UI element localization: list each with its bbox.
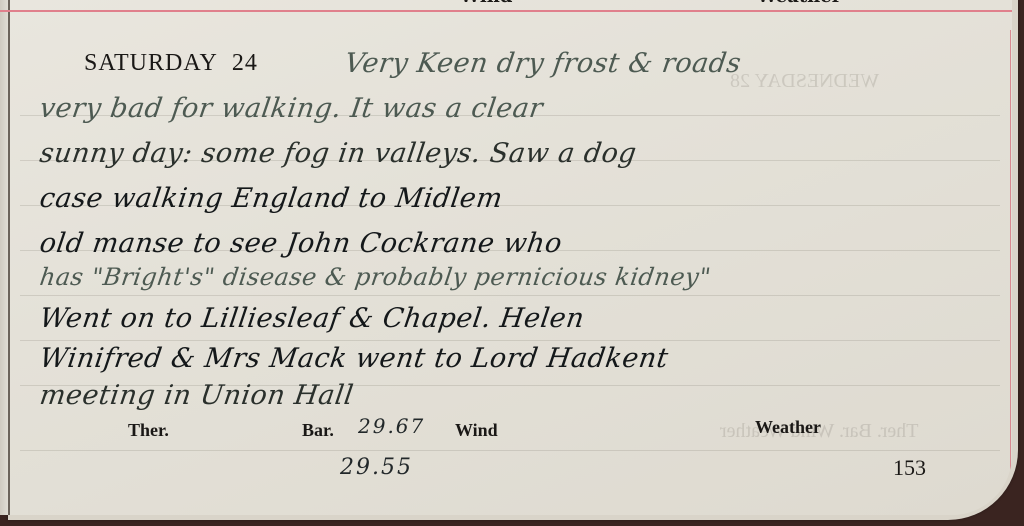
entry-line-4: case walking England to Midlem [38,183,505,214]
entry-line-3: sunny day: some fog in valleys. Saw a do… [38,138,639,169]
bar-label: Bar. [302,420,334,441]
bar-value-second: 29.55 [340,455,413,480]
bar-value: 29.67 [358,414,425,438]
weather-label: Weather [755,417,821,438]
entry-line-8: Winifred & Mrs Mack went to Lord Hadkent [38,343,671,374]
day-name: SATURDAY [84,50,217,76]
bleed-through-text: WEDNESDAY 28 [730,70,879,93]
page-number: 153 [893,455,926,481]
entry-line-1: Very Keen dry frost & roads [343,48,743,79]
day-date: 24 [232,50,258,76]
spine-line [8,0,10,515]
ther-label: Ther. [128,420,169,441]
top-cut-wind-label: Wind [460,0,512,7]
ruled-line [20,340,1000,341]
top-red-rule [0,10,1012,12]
ruled-line [20,450,1000,451]
entry-line-9: meeting in Union Hall [38,380,356,411]
diary-page: Wind Weather WEDNESDAY 28 Ther. Bar. Win… [0,0,1012,515]
entry-line-7: Went on to Lilliesleaf & Chapel. Helen [38,303,587,334]
ruled-line [20,295,1000,296]
entry-line-5: old manse to see John Cockrane who [38,228,564,259]
wind-label: Wind [455,420,498,441]
entry-line-2: very bad for walking. It was a clear [38,93,545,124]
spine-shade [0,0,8,515]
day-heading: SATURDAY 24 [84,50,258,77]
entry-line-6: has "Bright's" disease & probably pernic… [38,263,713,291]
right-red-margin [1010,30,1011,510]
top-cut-weather-label: Weather [757,0,841,7]
